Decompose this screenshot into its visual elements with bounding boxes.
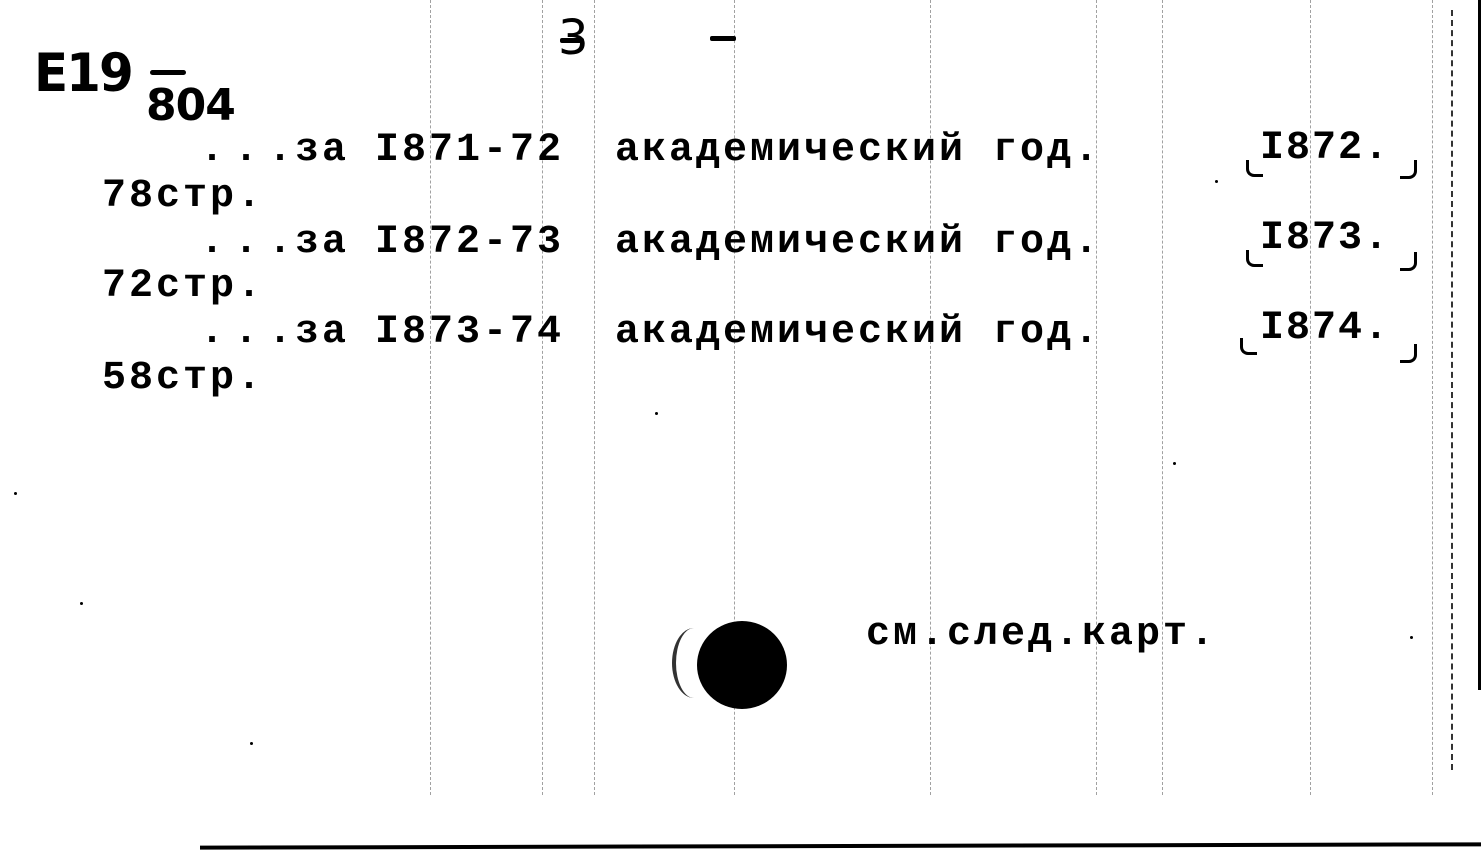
dot-leader: ...: [200, 220, 295, 265]
continuation-note: см.след.карт.: [866, 612, 1217, 657]
call-number: E19: [34, 43, 132, 104]
scan-speck: [250, 742, 253, 745]
academic-years: I873-74: [375, 310, 615, 355]
entry-prefix: за: [295, 128, 375, 173]
dot-leader: ...: [200, 128, 295, 173]
publication-year: I872.: [1260, 126, 1390, 171]
academic-years: I871-72: [375, 128, 615, 173]
quote-mark-left: [1246, 160, 1263, 177]
publication-year: I874.: [1260, 306, 1390, 351]
page-count: 78стр.: [102, 174, 264, 219]
card-right-fold: [1451, 10, 1455, 770]
academic-years: I872-73: [375, 220, 615, 265]
entry-prefix: за: [295, 220, 375, 265]
scan-speck: [655, 412, 658, 415]
ruled-line: [1310, 0, 1311, 795]
overline-mark: [150, 70, 186, 75]
quote-mark-left: [1246, 250, 1263, 267]
page-marker: 3: [558, 10, 589, 66]
ruled-line: [1162, 0, 1163, 795]
entry-line: ... за I873-74 академический год.: [200, 310, 1175, 355]
punch-hole: [697, 621, 787, 709]
entry-phrase: академический год.: [615, 128, 1175, 173]
scan-speck: [1173, 462, 1176, 465]
quote-mark-right: [1400, 344, 1417, 363]
entry-phrase: академический год.: [615, 220, 1175, 265]
entry-prefix: за: [295, 310, 375, 355]
dot-leader: ...: [200, 310, 295, 355]
entry-phrase: академический год.: [615, 310, 1175, 355]
page-dash-right: [710, 36, 736, 41]
entry-line: ... за I871-72 академический год.: [200, 128, 1175, 173]
scan-speck: [1215, 180, 1218, 183]
scan-speck: [14, 492, 17, 495]
ruled-line: [1432, 0, 1433, 795]
entry-line: ... за I872-73 академический год.: [200, 220, 1175, 265]
scan-speck: [80, 602, 83, 605]
ruled-line: [430, 0, 431, 795]
card-bottom-edge: [200, 842, 1481, 849]
page-count: 58стр.: [102, 356, 264, 401]
ruled-line: [930, 0, 931, 795]
ruled-line: [594, 0, 595, 795]
quote-mark-right: [1400, 252, 1417, 271]
ruled-line: [1096, 0, 1097, 795]
publication-year: I873.: [1260, 216, 1390, 261]
scan-speck: [1410, 636, 1413, 639]
catalog-card: E19 804 3 ... за I871-72 академический г…: [0, 0, 1481, 850]
quote-mark-left: [1240, 338, 1257, 355]
quote-mark-right: [1400, 160, 1417, 179]
sub-number: 804: [146, 80, 235, 131]
ruled-line: [542, 0, 543, 795]
page-count: 72стр.: [102, 264, 264, 309]
